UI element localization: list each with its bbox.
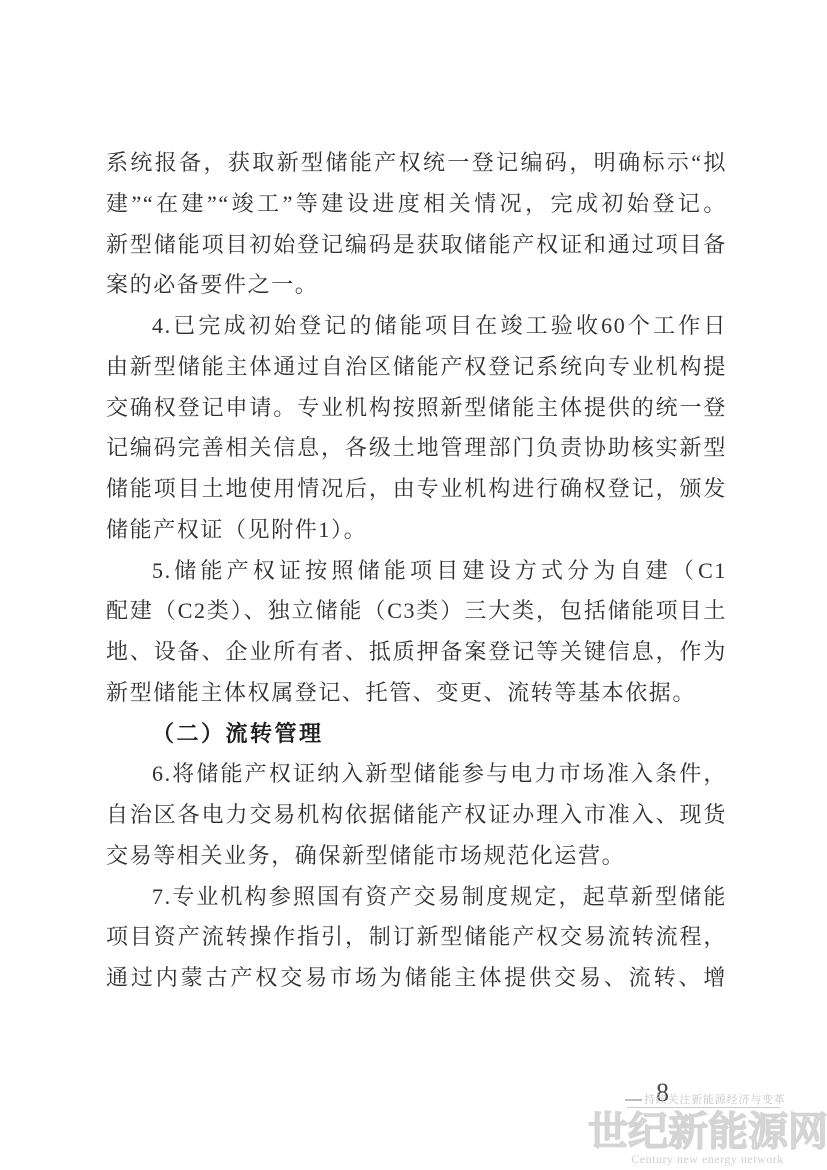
text-line: 交易等相关业务，确保新型储能市场规范化运营。 [106, 836, 727, 877]
document-body: 系统报备，获取新型储能产权统一登记编码，明确标示“拟建”“在建”“竣工”等建设进… [106, 143, 727, 999]
text-line: 7.专业机构参照国有资产交易制度规定，起草新型储能 [106, 877, 727, 918]
text-line: 记编码完善相关信息，各级土地管理部门负责协助核实新型 [106, 428, 727, 469]
text-line: 储能产权证（见附件1）。 [106, 510, 727, 551]
watermark-underline [627, 1107, 780, 1108]
text-line: 通过内蒙古产权交易市场为储能主体提供交易、流转、增信、 [106, 958, 727, 999]
text-line: 地、设备、企业所有者、抵质押备案登记等关键信息，作为 [106, 632, 727, 673]
text-line: 新型储能项目初始登记编码是获取储能产权证和通过项目备 [106, 225, 727, 266]
document-page: 系统报备，获取新型储能产权统一登记编码，明确标示“拟建”“在建”“竣工”等建设进… [0, 0, 827, 1170]
watermark-title: 世纪新能源网 [588, 1109, 827, 1155]
text-line: 配建（C2类）、独立储能（C3类）三大类，包括储能项目土 [106, 591, 727, 632]
text-line: 项目资产流转操作指引，制订新型储能产权交易流转流程， [106, 917, 727, 958]
text-line: 由新型储能主体通过自治区储能产权登记系统向专业机构提 [106, 347, 727, 388]
text-line: 交确权登记申请。专业机构按照新型储能主体提供的统一登 [106, 388, 727, 429]
text-line: 储能项目土地使用情况后，由专业机构进行确权登记，颁发 [106, 469, 727, 510]
text-line: 新型储能主体权属登记、托管、变更、流转等基本依据。 [106, 673, 727, 714]
text-line: 4.已完成初始登记的储能项目在竣工验收60个工作日内， [106, 306, 727, 347]
watermark-subtitle: Century new energy network [588, 1152, 827, 1166]
section-heading: （二）流转管理 [106, 714, 727, 755]
text-line: 自治区各电力交易机构依据储能产权证办理入市准入、现货 [106, 795, 727, 836]
watermark-tagline: 持续关注新能源经济与变革 [644, 1094, 786, 1106]
text-line: 6.将储能产权证纳入新型储能参与电力市场准入条件， [106, 754, 727, 795]
text-line: 系统报备，获取新型储能产权统一登记编码，明确标示“拟 [106, 143, 727, 184]
text-line: 建”“在建”“竣工”等建设进度相关情况，完成初始登记。 [106, 184, 727, 225]
text-line: 案的必备要件之一。 [106, 265, 727, 306]
watermark-dash [625, 1099, 642, 1101]
text-line: 5.储能产权证按照储能项目建设方式分为自建（C1类）、 [106, 551, 727, 592]
